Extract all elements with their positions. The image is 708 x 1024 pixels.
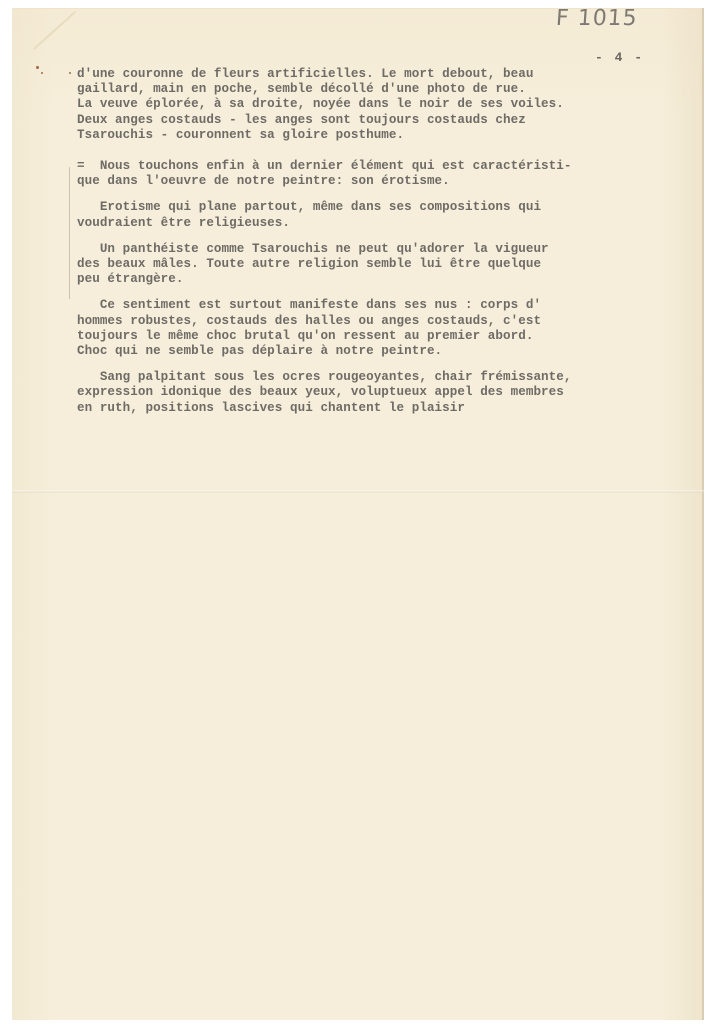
stain-spot <box>36 66 39 69</box>
text-line: expression idonique des beaux yeux, volu… <box>77 385 697 400</box>
margin-mark <box>69 167 70 299</box>
paragraph: Sang palpitant sous les ocres rougeoyant… <box>77 370 697 416</box>
text-line: que dans l'oeuvre de notre peintre: son … <box>77 174 697 189</box>
text-line: Un panthéiste comme Tsarouchis ne peut q… <box>77 242 697 257</box>
text-line: des beaux mâles. Toute autre religion se… <box>77 257 697 272</box>
paragraph: Ce sentiment est surtout manifeste dans … <box>77 298 697 359</box>
text-line: toujours le même choc brutal qu'on resse… <box>77 329 697 344</box>
paragraph: = Nous touchons enfin à un dernier éléme… <box>77 159 697 189</box>
typewritten-body: d'une couronne de fleurs artificielles. … <box>77 67 697 427</box>
text-line: Choc qui ne semble pas déplaire à notre … <box>77 344 697 359</box>
text-line: = Nous touchons enfin à un dernier éléme… <box>77 159 697 174</box>
text-line: Tsarouchis - couronnent sa gloire posthu… <box>77 128 697 143</box>
text-line: hommes robustes, costauds des halles ou … <box>77 314 697 329</box>
text-line: gaillard, main en poche, semble décollé … <box>77 82 697 97</box>
text-line: en ruth, positions lascives qui chantent… <box>77 401 697 416</box>
page-number: - 4 - <box>595 50 644 65</box>
text-line: Sang palpitant sous les ocres rougeoyant… <box>77 370 697 385</box>
paper-crease <box>33 11 76 50</box>
text-line: Deux anges costauds - les anges sont tou… <box>77 113 697 128</box>
paragraph: d'une couronne de fleurs artificielles. … <box>77 67 697 143</box>
text-line: d'une couronne de fleurs artificielles. … <box>77 67 697 82</box>
text-line: La veuve éplorée, à sa droite, noyée dan… <box>77 97 697 112</box>
text-line: voudraient être religieuses. <box>77 216 697 231</box>
paper-fold-line <box>12 490 704 493</box>
stain-spot <box>69 72 71 74</box>
text-line: Ce sentiment est surtout manifeste dans … <box>77 298 697 313</box>
text-line: Erotisme qui plane partout, même dans se… <box>77 200 697 215</box>
stain-spot <box>41 72 43 74</box>
text-line: peu étrangère. <box>77 272 697 287</box>
archive-reference-handwritten: F 1015 <box>555 6 638 31</box>
paragraph: Un panthéiste comme Tsarouchis ne peut q… <box>77 242 697 288</box>
paragraph: Erotisme qui plane partout, même dans se… <box>77 200 697 230</box>
